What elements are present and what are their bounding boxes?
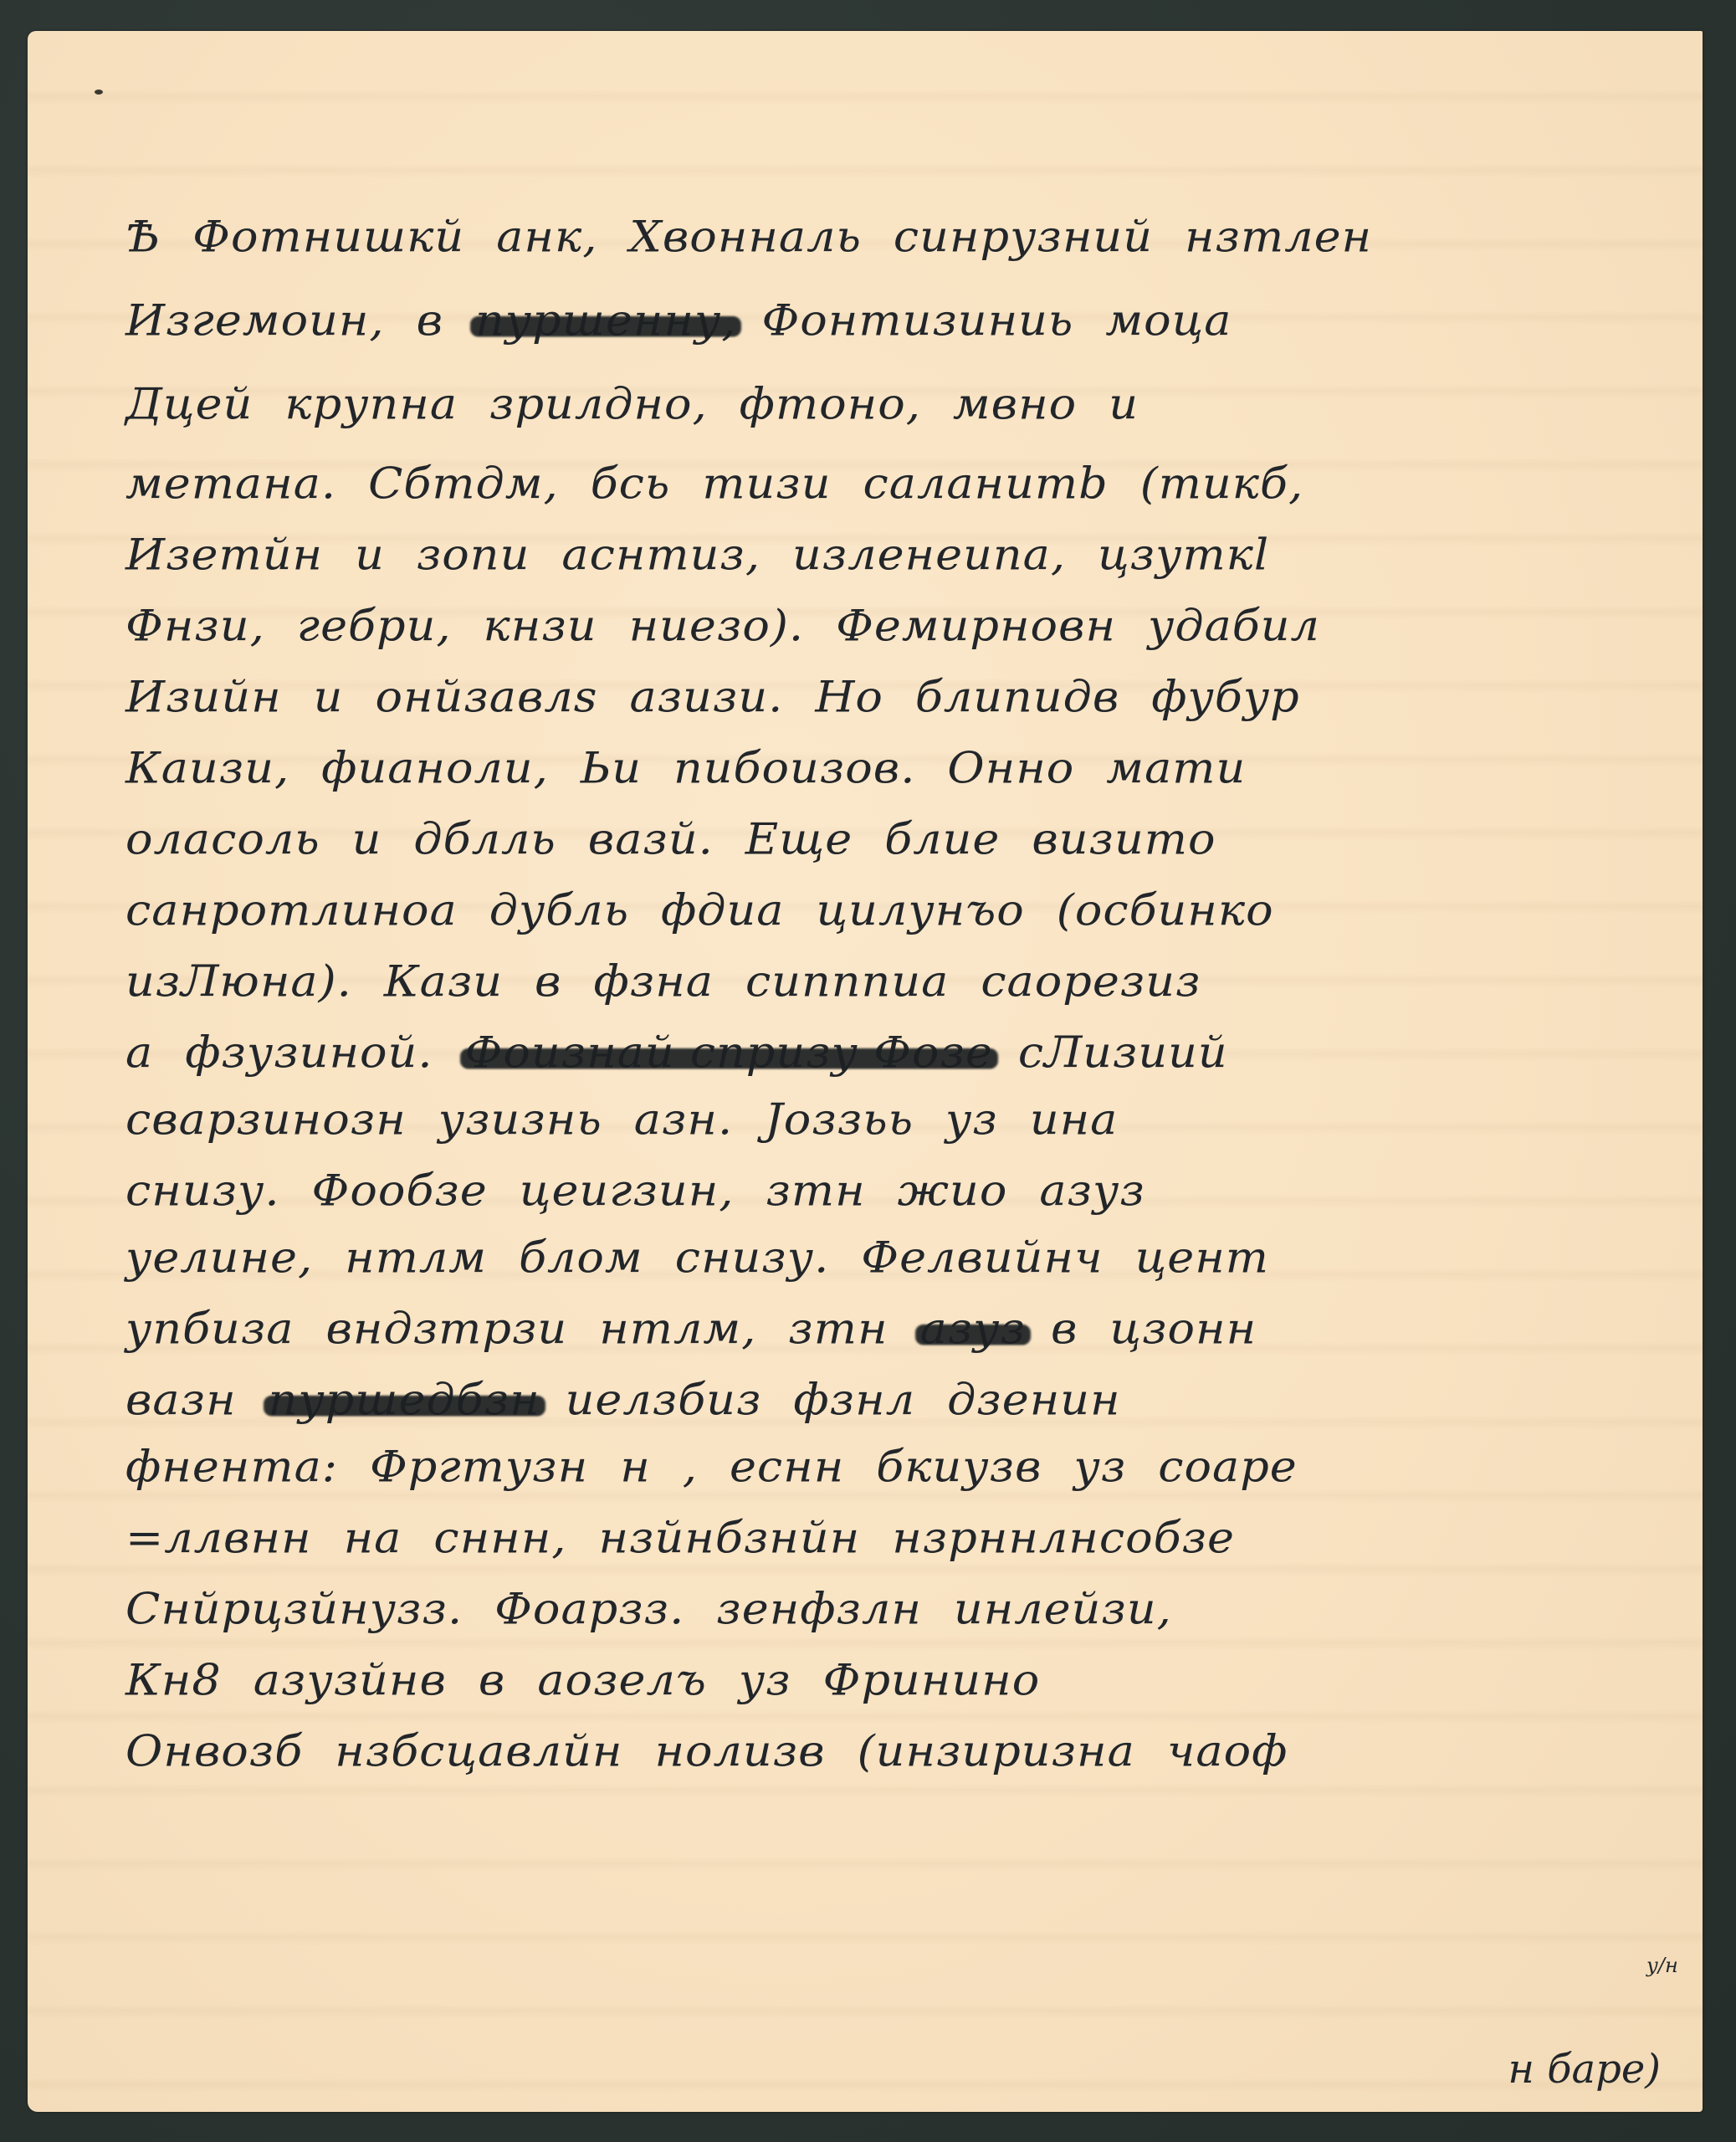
manuscript-line: оласольидблльвазй.Ещеблиевизито [125, 814, 1247, 864]
handwritten-word: Изийн [125, 672, 282, 722]
manuscript-line: Снйрцзйнузз.Фоарзз.зенфзлнинлейзи, [125, 1584, 1204, 1634]
handwritten-word: в [479, 1655, 505, 1705]
handwritten-word: саорезиз [981, 956, 1201, 1007]
handwritten-word: метана. [125, 459, 336, 509]
handwritten-word: цзуткl [1098, 530, 1269, 580]
handwritten-word: жио [898, 1166, 1008, 1216]
handwritten-word: инлейзи, [954, 1584, 1172, 1634]
handwritten-word: изЛюна). [125, 956, 352, 1007]
handwritten-word: вазн [125, 1375, 237, 1425]
handwritten-word: фианоли, [321, 743, 549, 793]
manuscript-line: санротлиноадубльфдиацилунъо(осбинко [125, 885, 1306, 935]
handwritten-word: снизу. [675, 1232, 830, 1283]
handwritten-word: дзенин [947, 1375, 1121, 1425]
handwritten-word: Дцей [125, 379, 253, 429]
handwritten-word: Снйрцзйнузз. [125, 1584, 463, 1634]
manuscript-line: Каизи,фианоли,Ьипибоизов.Онномати [125, 743, 1278, 793]
handwritten-word: Каизи, [125, 743, 289, 793]
handwritten-word: иелзбиз [566, 1375, 762, 1425]
handwritten-word: зтн [788, 1304, 888, 1354]
handwritten-word: Фргтузн [370, 1442, 588, 1492]
handwritten-word: вазй. [588, 814, 714, 864]
manuscript-line: Изетйнизопиаснтиз,изленеипа,цзуткl [125, 530, 1301, 580]
handwritten-word: Кази [384, 956, 503, 1007]
handwritten-word: нзбсцавлйн [335, 1726, 622, 1776]
handwritten-word: пибоизов. [673, 743, 915, 793]
manuscript-line: Онвозбнзбсцавлйннолизв(инзиризначаоф [125, 1726, 1319, 1776]
manuscript-line: Изийнионйзавлsазизи.Ноблипидвфубур [125, 672, 1332, 722]
handwritten-word: цилунъо [817, 885, 1025, 935]
handwritten-word: сипппиа [745, 956, 949, 1007]
handwritten-word: (осбинко [1057, 885, 1274, 935]
handwritten-word: ина [1030, 1094, 1119, 1145]
handwritten-word: в [535, 956, 561, 1007]
handwritten-word: Хвонналь [629, 212, 862, 262]
handwritten-word: дблль [413, 814, 556, 864]
handwritten-word: санротлиноа [125, 885, 458, 935]
handwritten-word: Сбтдм, [368, 459, 559, 509]
handwritten-word: нзйнбзнйн [598, 1513, 860, 1563]
handwritten-word: изленеипа, [792, 530, 1066, 580]
handwritten-word: снизу. [125, 1166, 280, 1216]
handwritten-word: сннн, [433, 1513, 566, 1563]
handwritten-word: мвно [953, 379, 1077, 429]
handwritten-word: нзрннлнсобзе [892, 1513, 1235, 1563]
handwritten-word: Ьи [581, 743, 642, 793]
handwritten-word: еснн [730, 1442, 844, 1492]
handwritten-word: уз [1074, 1442, 1127, 1492]
handwritten-word: и [1109, 379, 1139, 429]
handwritten-word: ниезо). [629, 601, 805, 651]
handwritten-word: уз [739, 1655, 791, 1705]
handwritten-word: фзна [593, 956, 713, 1007]
margin-note: у/н [1646, 1956, 1678, 1975]
handwritten-word: и [314, 672, 344, 722]
handwritten-word: и [352, 814, 382, 864]
handwritten-word: уелине, [125, 1232, 313, 1283]
handwritten-word: и [355, 530, 385, 580]
manuscript-line: фнента:Фргтузнн,есннбкиузвузсоаре [125, 1442, 1329, 1492]
handwritten-word: Фнзи, [125, 601, 265, 651]
handwritten-word: блипидв [915, 672, 1119, 722]
handwritten-word: фнента: [125, 1442, 338, 1492]
handwritten-word: уз [945, 1094, 998, 1145]
handwritten-word: визито [1032, 814, 1216, 864]
manuscript-line: упбизавндзтрзинтлм,зтназузвцзонн [125, 1304, 1288, 1354]
manuscript-line: снизу.Фообзецеигзин,зтнжиоазуз [125, 1166, 1177, 1216]
handwritten-word: Изгемоин, [125, 295, 385, 346]
handwritten-word: узизнь [438, 1094, 602, 1145]
handwritten-word: нзтлен [1185, 212, 1372, 262]
top-ink-mark [95, 90, 103, 95]
handwritten-word: Фообзе [312, 1166, 488, 1216]
manuscript-line: Дцейкрупназрилдно,фтоно,мвнои [125, 379, 1170, 429]
handwritten-word: (тикб, [1140, 459, 1303, 509]
handwritten-word: Онно [947, 743, 1074, 793]
handwritten-word: фубур [1151, 672, 1299, 722]
handwritten-word: бсь [591, 459, 671, 509]
handwritten-word: упбиза [125, 1304, 294, 1354]
handwritten-word: (инзиризна [858, 1726, 1135, 1776]
handwritten-word: , [683, 1442, 698, 1492]
handwritten-word: Онвозб [125, 1726, 303, 1776]
handwritten-word: цзонн [1109, 1304, 1257, 1354]
handwritten-word: бкиузв [876, 1442, 1042, 1492]
handwritten-word: Фотнишкй [192, 212, 464, 262]
manuscript-line: ѢФотнишкйанк,Хвоннальсинрузнийнзтлен [125, 212, 1404, 262]
manuscript-line: Изгемоин,впуршенну,Фонтизиниьмоца [125, 295, 1263, 346]
handwritten-word: фтоно, [740, 379, 921, 429]
handwritten-word: удабил [1148, 601, 1320, 651]
handwritten-word: =ллвнн [125, 1513, 312, 1563]
handwritten-word: фзнл [793, 1375, 915, 1425]
handwritten-word: Јоззьь [765, 1094, 914, 1145]
handwritten-word: цент [1135, 1232, 1269, 1283]
handwritten-word: соаре [1158, 1442, 1297, 1492]
handwritten-word: Фоарзз. [494, 1584, 684, 1634]
handwritten-word: анк, [496, 212, 597, 262]
handwritten-word: оласоль [125, 814, 320, 864]
handwritten-word: тизи [702, 459, 831, 509]
handwritten-word: Фелвийнч [861, 1232, 1103, 1283]
handwritten-word: зенфзлн [716, 1584, 922, 1634]
handwritten-word: Кн8 [125, 1655, 222, 1705]
struck-through-text: азуз [920, 1304, 1026, 1354]
handwritten-word: моца [1105, 295, 1232, 346]
handwritten-word: блие [884, 814, 1000, 864]
handwritten-word: н [620, 1442, 651, 1492]
handwritten-word: а [125, 1027, 153, 1078]
handwritten-word: нолизв [654, 1726, 825, 1776]
handwritten-word: синрузний [894, 212, 1153, 262]
handwritten-word: сварзинозн [125, 1094, 407, 1145]
handwritten-word: Фринино [823, 1655, 1041, 1705]
handwritten-word: Еще [745, 814, 853, 864]
handwritten-word: зопи [417, 530, 530, 580]
handwritten-word: аснтиз, [561, 530, 760, 580]
handwritten-word: фдиа [661, 885, 784, 935]
handwritten-word: азизи. [629, 672, 783, 722]
struck-through-text: Фоизнай спризу Фозе [465, 1027, 993, 1078]
handwritten-word: блом [519, 1232, 643, 1283]
handwritten-word: Изетйн [125, 530, 323, 580]
manuscript-line: уелине,нтлмбломснизу.Фелвийнчцент [125, 1232, 1301, 1283]
handwritten-word: сЛизиий [1018, 1027, 1228, 1078]
handwritten-word: кнзи [484, 601, 597, 651]
handwritten-word: цеигзин, [520, 1166, 735, 1216]
handwritten-word: Но [815, 672, 883, 722]
manuscript-line: Фнзи,гебри,кнзиниезо).Фемирновнудабил [125, 601, 1352, 651]
handwritten-word: в [417, 295, 443, 346]
handwritten-word: крупна [284, 379, 458, 429]
handwritten-word: фзузиной. [185, 1027, 433, 1078]
handwritten-word: аозелъ [537, 1655, 707, 1705]
handwritten-word: нтлм, [599, 1304, 756, 1354]
handwritten-word: дубль [489, 885, 629, 935]
struck-through-text: пуршедбзн [269, 1375, 540, 1425]
struck-through-text: пуршенну, [475, 295, 736, 346]
manuscript-line: афзузиной.Фоизнай спризу ФозесЛизиий [125, 1027, 1260, 1078]
handwritten-word: в [1051, 1304, 1078, 1354]
handwritten-word: Фемирновн [836, 601, 1116, 651]
manuscript-line: изЛюна).Казивфзнасипппиасаорезиз [125, 956, 1232, 1007]
handwritten-word: Фонтизиниь [761, 295, 1073, 346]
handwritten-word: чаоф [1167, 1726, 1288, 1776]
manuscript-line: вазнпуршедбзниелзбизфзнлдзенин [125, 1375, 1153, 1425]
handwritten-word: гебри, [297, 601, 452, 651]
handwritten-word: нтлм [345, 1232, 487, 1283]
handwritten-word: вндзтрзи [326, 1304, 568, 1354]
handwritten-word: мати [1106, 743, 1246, 793]
closing-parenthetical: н баре) [1508, 2046, 1661, 2093]
handwritten-word: зрилдно, [489, 379, 708, 429]
handwritten-word: азн. [634, 1094, 733, 1145]
manuscript-line: метана.Сбтдм,бсьтизисаланитb(тикб, [125, 459, 1335, 509]
handwritten-word: саланитb [863, 459, 1109, 509]
handwritten-word: азуз [1039, 1166, 1145, 1216]
manuscript-line: =ллвнннасннн,нзйнбзнйннзрннлнсобзе [125, 1513, 1267, 1563]
handwritten-word: Ѣ [125, 212, 161, 262]
manuscript-line: сварзинознузизньазн.Јоззььузина [125, 1094, 1150, 1145]
handwritten-word: на [344, 1513, 402, 1563]
handwritten-word: азузйнв [253, 1655, 447, 1705]
handwritten-word: онйзавлs [375, 672, 597, 722]
handwritten-word: зтн [766, 1166, 865, 1216]
manuscript-line: Кн8азузйнвваозелъузФринино [125, 1655, 1072, 1705]
